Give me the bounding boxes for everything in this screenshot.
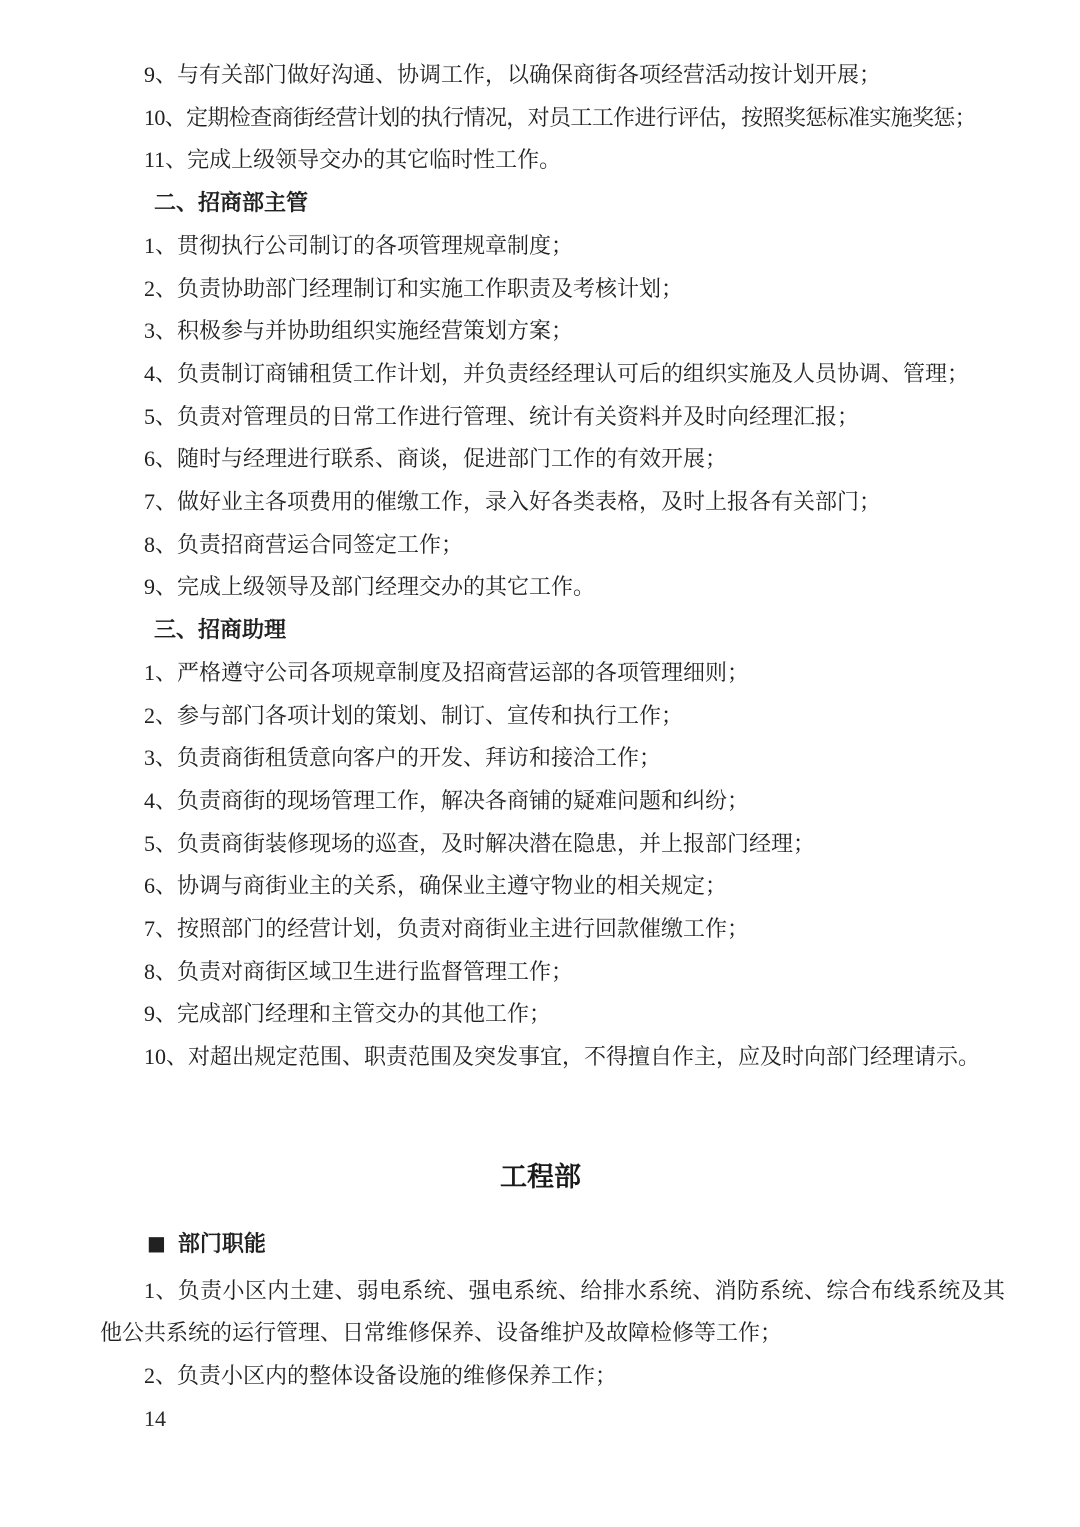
section-heading-supervisor: 二、招商部主管 (100, 182, 1005, 225)
duty-item: 7、做好业主各项费用的催缴工作，录入好各类表格，及时上报各有关部门； (100, 481, 1005, 524)
duty-item: 8、负责对商街区域卫生进行监督管理工作； (100, 951, 1005, 994)
section-manager-duties-tail: 9、与有关部门做好沟通、协调工作，以确保商街各项经营活动按计划开展； 10、定期… (100, 54, 1005, 182)
department-title: 工程部 (100, 1155, 1005, 1199)
duty-item: 9、完成部门经理和主管交办的其他工作； (100, 993, 1005, 1036)
duty-item: 6、协调与商街业主的关系，确保业主遵守物业的相关规定； (100, 865, 1005, 908)
duty-item: 3、积极参与并协助组织实施经营策划方案； (100, 310, 1005, 353)
duty-item: 10、对超出规定范围、职责范围及突发事宜，不得擅自作主，应及时向部门经理请示。 (100, 1036, 1005, 1079)
duty-item: 3、负责商街租赁意向客户的开发、拜访和接洽工作； (100, 737, 1005, 780)
duty-item: 5、负责商街装修现场的巡查，及时解决潜在隐患，并上报部门经理； (100, 823, 1005, 866)
document-page: 9、与有关部门做好沟通、协调工作，以确保商街各项经营活动按计划开展； 10、定期… (0, 0, 1080, 1527)
duty-item: 8、负责招商营运合同签定工作； (100, 524, 1005, 567)
section-engineering-department: 工程部 ■部门职能 1、负责小区内土建、弱电系统、强电系统、给排水系统、消防系统… (100, 1155, 1005, 1398)
square-bullet-icon: ■ (147, 1231, 166, 1255)
section-heading-assistant: 三、招商助理 (100, 609, 1005, 652)
duty-item: 1、严格遵守公司各项规章制度及招商营运部的各项管理细则； (100, 652, 1005, 695)
duty-item: 1、负责小区内土建、弱电系统、强电系统、给排水系统、消防系统、综合布线系统及其他… (100, 1270, 1005, 1355)
duty-item: 9、完成上级领导及部门经理交办的其它工作。 (100, 566, 1005, 609)
department-function-heading: ■部门职能 (100, 1223, 1005, 1266)
duty-item: 11、完成上级领导交办的其它临时性工作。 (100, 139, 1005, 182)
duty-item: 7、按照部门的经营计划，负责对商街业主进行回款催缴工作； (100, 908, 1005, 951)
duty-item: 6、随时与经理进行联系、商谈，促进部门工作的有效开展； (100, 438, 1005, 481)
duty-item: 2、负责协助部门经理制订和实施工作职责及考核计划； (100, 268, 1005, 311)
section-merchant-supervisor: 二、招商部主管 1、贯彻执行公司制订的各项管理规章制度； 2、负责协助部门经理制… (100, 182, 1005, 609)
document-content: 9、与有关部门做好沟通、协调工作，以确保商街各项经营活动按计划开展； 10、定期… (0, 0, 1005, 1440)
department-function-items: 1、负责小区内土建、弱电系统、强电系统、给排水系统、消防系统、综合布线系统及其他… (100, 1270, 1005, 1398)
duty-item: 2、负责小区内的整体设备设施的维修保养工作； (100, 1355, 1005, 1398)
duty-item: 9、与有关部门做好沟通、协调工作，以确保商街各项经营活动按计划开展； (100, 54, 1005, 97)
section-merchant-assistant: 三、招商助理 1、严格遵守公司各项规章制度及招商营运部的各项管理细则； 2、参与… (100, 609, 1005, 1079)
duty-item: 4、负责制订商铺租赁工作计划，并负责经经理认可后的组织实施及人员协调、管理； (100, 353, 1005, 396)
duty-item: 1、贯彻执行公司制订的各项管理规章制度； (100, 225, 1005, 268)
duty-item: 5、负责对管理员的日常工作进行管理、统计有关资料并及时向经理汇报； (100, 396, 1005, 439)
duty-item: 4、负责商街的现场管理工作，解决各商铺的疑难问题和纠纷； (100, 780, 1005, 823)
function-heading-label: 部门职能 (178, 1231, 266, 1256)
duty-item: 2、参与部门各项计划的策划、制订、宣传和执行工作； (100, 695, 1005, 738)
duty-item: 10、定期检查商街经营计划的执行情况，对员工工作进行评估，按照奖惩标准实施奖惩； (100, 97, 1005, 140)
page-number: 14 (100, 1398, 1005, 1441)
